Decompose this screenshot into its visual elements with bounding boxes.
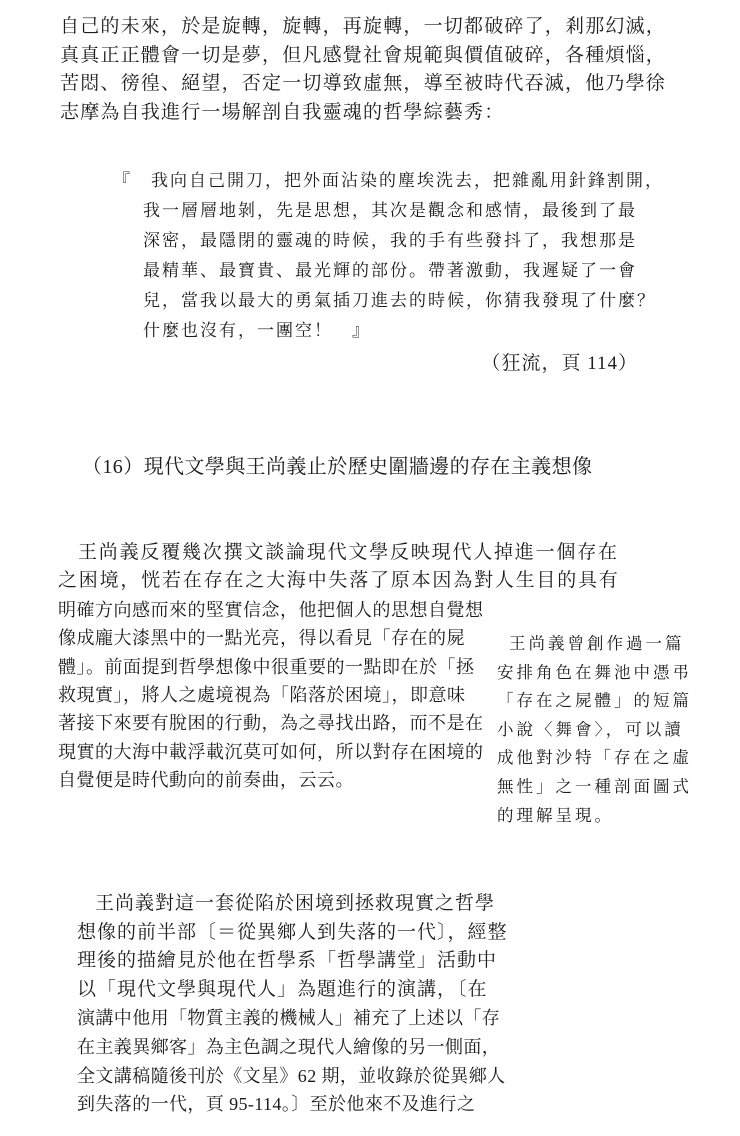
text-line: 以「現代文學與現代人」為題進行的演講，〔在 — [77, 976, 508, 1005]
text-segment: 成他對沙特「存在之虛 — [497, 748, 692, 767]
text-line: 想像的前半部〔＝從異鄉人到失落的一代〕，經整 — [77, 919, 508, 948]
text-segment: 〕，經整 — [437, 922, 508, 943]
text-line: 到失落的一代，頁 95-114。〕至於他來不及進行之 — [77, 1090, 508, 1119]
text-segment: 小說〈舞會〉，可以讀 — [497, 720, 684, 739]
text-segment: 真真正正體會一切是夢，但凡感覺社會規範與價值破碎，各種煩惱， — [60, 45, 666, 66]
text-segment: 像成龐大漆黑中的一點光亮，得以看見「存在的屍 — [58, 628, 465, 648]
text-line: 全文講稿隨後刊於《文星》62 期，並收錄於從異鄉人 — [77, 1062, 508, 1091]
text-line: 苦悶、徬徨、絕望，否定一切導致虛無，導至被時代吞滅，他乃學徐 — [60, 70, 666, 99]
text-segment: 兒，當我以最大的勇氣插刀進去的時候，你猜我發現了什麼？ — [143, 291, 656, 310]
text-line: 自己的未來，於是旋轉，旋轉，再旋轉，一切都破碎了，剎那幻滅， — [60, 13, 666, 42]
text-line: 王尚義對這一套從陷於困境到拯救現實之哲學 — [77, 890, 508, 919]
text-segment: 安排角色在舞池中憑弔 — [497, 663, 692, 682]
text-segment: ，頁 114） — [541, 353, 638, 374]
text-segment: 現實的大海中載浮載沉莫可如何，所以對存在困境的 — [58, 742, 484, 762]
text-line: （狂流，頁 114） — [420, 351, 638, 377]
margin-note: 王尚義曾創作過一篇安排角色在舞池中憑弔「存在之屍體」的短篇小說〈舞會〉，可以讀成… — [497, 630, 692, 830]
text-line: 明確方向感而來的堅實信念，他把個人的思想自覺想 — [58, 596, 620, 624]
text-line: 無性」之一種剖面圖式 — [497, 773, 692, 802]
text-segment: 明確方向感而來的堅實信念，他把個人的思想自覺想 — [58, 600, 484, 620]
book-title-text: 從異鄉人 — [432, 1066, 506, 1086]
text-segment: 苦悶、徬徨、絕望，否定一切導致虛無，導至被時代吞滅，他乃學徐 — [60, 73, 666, 94]
text-line: 志摩為自我進行一場解剖自我靈魂的哲學綜藝秀： — [60, 99, 666, 128]
text-line: 王尚義曾創作過一篇 — [497, 630, 692, 659]
paragraph-top: 自己的未來，於是旋轉，旋轉，再旋轉，一切都破碎了，剎那幻滅，真真正正體會一切是夢… — [60, 13, 666, 127]
document-page: 自己的未來，於是旋轉，旋轉，再旋轉，一切都破碎了，剎那幻滅，真真正正體會一切是夢… — [0, 0, 740, 1136]
section-heading: （16）現代文學與王尚義止於歷史圍牆邊的存在主義想像 — [82, 452, 592, 482]
text-line: 最精華、最寶貴、最光輝的部份。帶著激動，我遲疑了一會 — [143, 256, 664, 286]
text-line: 的理解呈現。 — [497, 802, 692, 831]
text-segment: 全文講稿隨後刊於《文星》62 期，並收錄於 — [77, 1066, 432, 1086]
text-segment: 自己的未來，於是旋轉，旋轉，再旋轉，一切都破碎了，剎那幻滅， — [60, 16, 666, 37]
text-line: 「存在之屍體」的短篇 — [497, 687, 692, 716]
text-segment: 什麼也沒有，一團空！ 』 — [143, 321, 371, 340]
text-segment: 王尚義對這一套從陷於困境到拯救現實之哲學 — [95, 893, 495, 914]
text-line: 兒，當我以最大的勇氣插刀進去的時候，你猜我發現了什麼？ — [143, 286, 664, 316]
text-line: 之困境，恍若在存在之大海中失落了原本因為對人生目的具有 — [58, 567, 620, 595]
text-line: 小說〈舞會〉，可以讀 — [497, 716, 692, 745]
text-line: 在主義異鄉客」為主色調之現代人繪像的另一側面， — [77, 1033, 508, 1062]
text-line: 深密，最隱閉的靈魂的時候，我的手有些發抖了，我想那是 — [143, 226, 664, 256]
text-line: 成他對沙特「存在之虛 — [497, 744, 692, 773]
paragraph-bottom: 王尚義對這一套從陷於困境到拯救現實之哲學想像的前半部〔＝從異鄉人到失落的一代〕，… — [77, 890, 508, 1119]
text-segment: 王尚義反覆幾次撰文談論現代文學反映現代人掉進一個存在 — [78, 542, 619, 563]
text-segment: 我一層層地剝，先是思想，其次是觀念和感情，最後到了最 — [143, 201, 637, 220]
text-segment: 自覺便是時代動向的前奏曲，云云。 — [58, 770, 354, 790]
text-segment: 「存在之屍體」的短篇 — [497, 691, 692, 710]
text-segment: 深密，最隱閉的靈魂的時候，我的手有些發抖了，我想那是 — [143, 231, 637, 250]
text-line: 『 我向自己開刀，把外面沾染的塵埃洗去，把雜亂用針鋒割開， — [113, 166, 664, 196]
book-title-text: 狂流 — [501, 353, 541, 374]
text-segment: 著接下來要有脫困的行動，為之尋找出路，而不是在 — [58, 713, 484, 733]
text-segment: 想像的前半部〔＝ — [77, 922, 237, 943]
text-segment: 『 我向自己開刀，把外面沾染的塵埃洗去，把雜亂用針鋒割開， — [113, 171, 664, 190]
text-segment: ，頁 95-114。〕至於他來不及進行之 — [187, 1094, 475, 1114]
text-line: 我一層層地剝，先是思想，其次是觀念和感情，最後到了最 — [143, 196, 664, 226]
text-segment: 在主義異鄉客」為主色調之現代人繪像的另一側面， — [77, 1037, 500, 1057]
text-segment: 以「現代文學與現代人」為題進行的演講，〔在 — [77, 979, 488, 1000]
book-title-text: 到失落的一代 — [77, 1094, 187, 1114]
text-line: 王尚義反覆幾次撰文談論現代文學反映現代人掉進一個存在 — [58, 539, 620, 567]
text-segment: （ — [481, 353, 501, 374]
quote-attribution: （狂流，頁 114） — [420, 351, 638, 377]
text-segment: 之困境，恍若在存在之大海中失落了原本因為對人生目的具有 — [58, 570, 620, 591]
text-segment: 無性」之一種剖面圖式 — [497, 777, 692, 796]
text-line: 安排角色在舞池中憑弔 — [497, 659, 692, 688]
text-segment: 救現實」，將人之處境視為「陷落於困境」，即意味 — [58, 685, 466, 705]
text-segment: 最精華、最寶貴、最光輝的部份。帶著激動，我遲疑了一會 — [143, 261, 637, 280]
text-segment: 的理解呈現。 — [497, 806, 614, 825]
text-line: 理後的描繪見於他在哲學系「哲學講堂」活動中 — [77, 947, 508, 976]
text-segment: 王尚義曾創作過一篇 — [509, 634, 685, 653]
book-title-text: 從異鄉人到失落的一代 — [237, 922, 437, 943]
text-segment: 志摩為自我進行一場解剖自我靈魂的哲學綜藝秀： — [60, 102, 504, 123]
text-line: 真真正正體會一切是夢，但凡感覺社會規範與價值破碎，各種煩惱， — [60, 42, 666, 71]
text-segment: 體」。前面提到哲學想像中很重要的一點即在於「拯 — [58, 657, 475, 677]
text-segment: 演講中他用「物質主義的機械人」補充了上述以「存 — [77, 1008, 500, 1028]
block-quote: 『 我向自己開刀，把外面沾染的塵埃洗去，把雜亂用針鋒割開，我一層層地剝，先是思想… — [113, 166, 664, 346]
text-line: 演講中他用「物質主義的機械人」補充了上述以「存 — [77, 1004, 508, 1033]
text-segment: 理後的描繪見於他在哲學系「哲學講堂」活動中 — [77, 950, 497, 971]
text-line: 什麼也沒有，一團空！ 』 — [143, 316, 664, 346]
